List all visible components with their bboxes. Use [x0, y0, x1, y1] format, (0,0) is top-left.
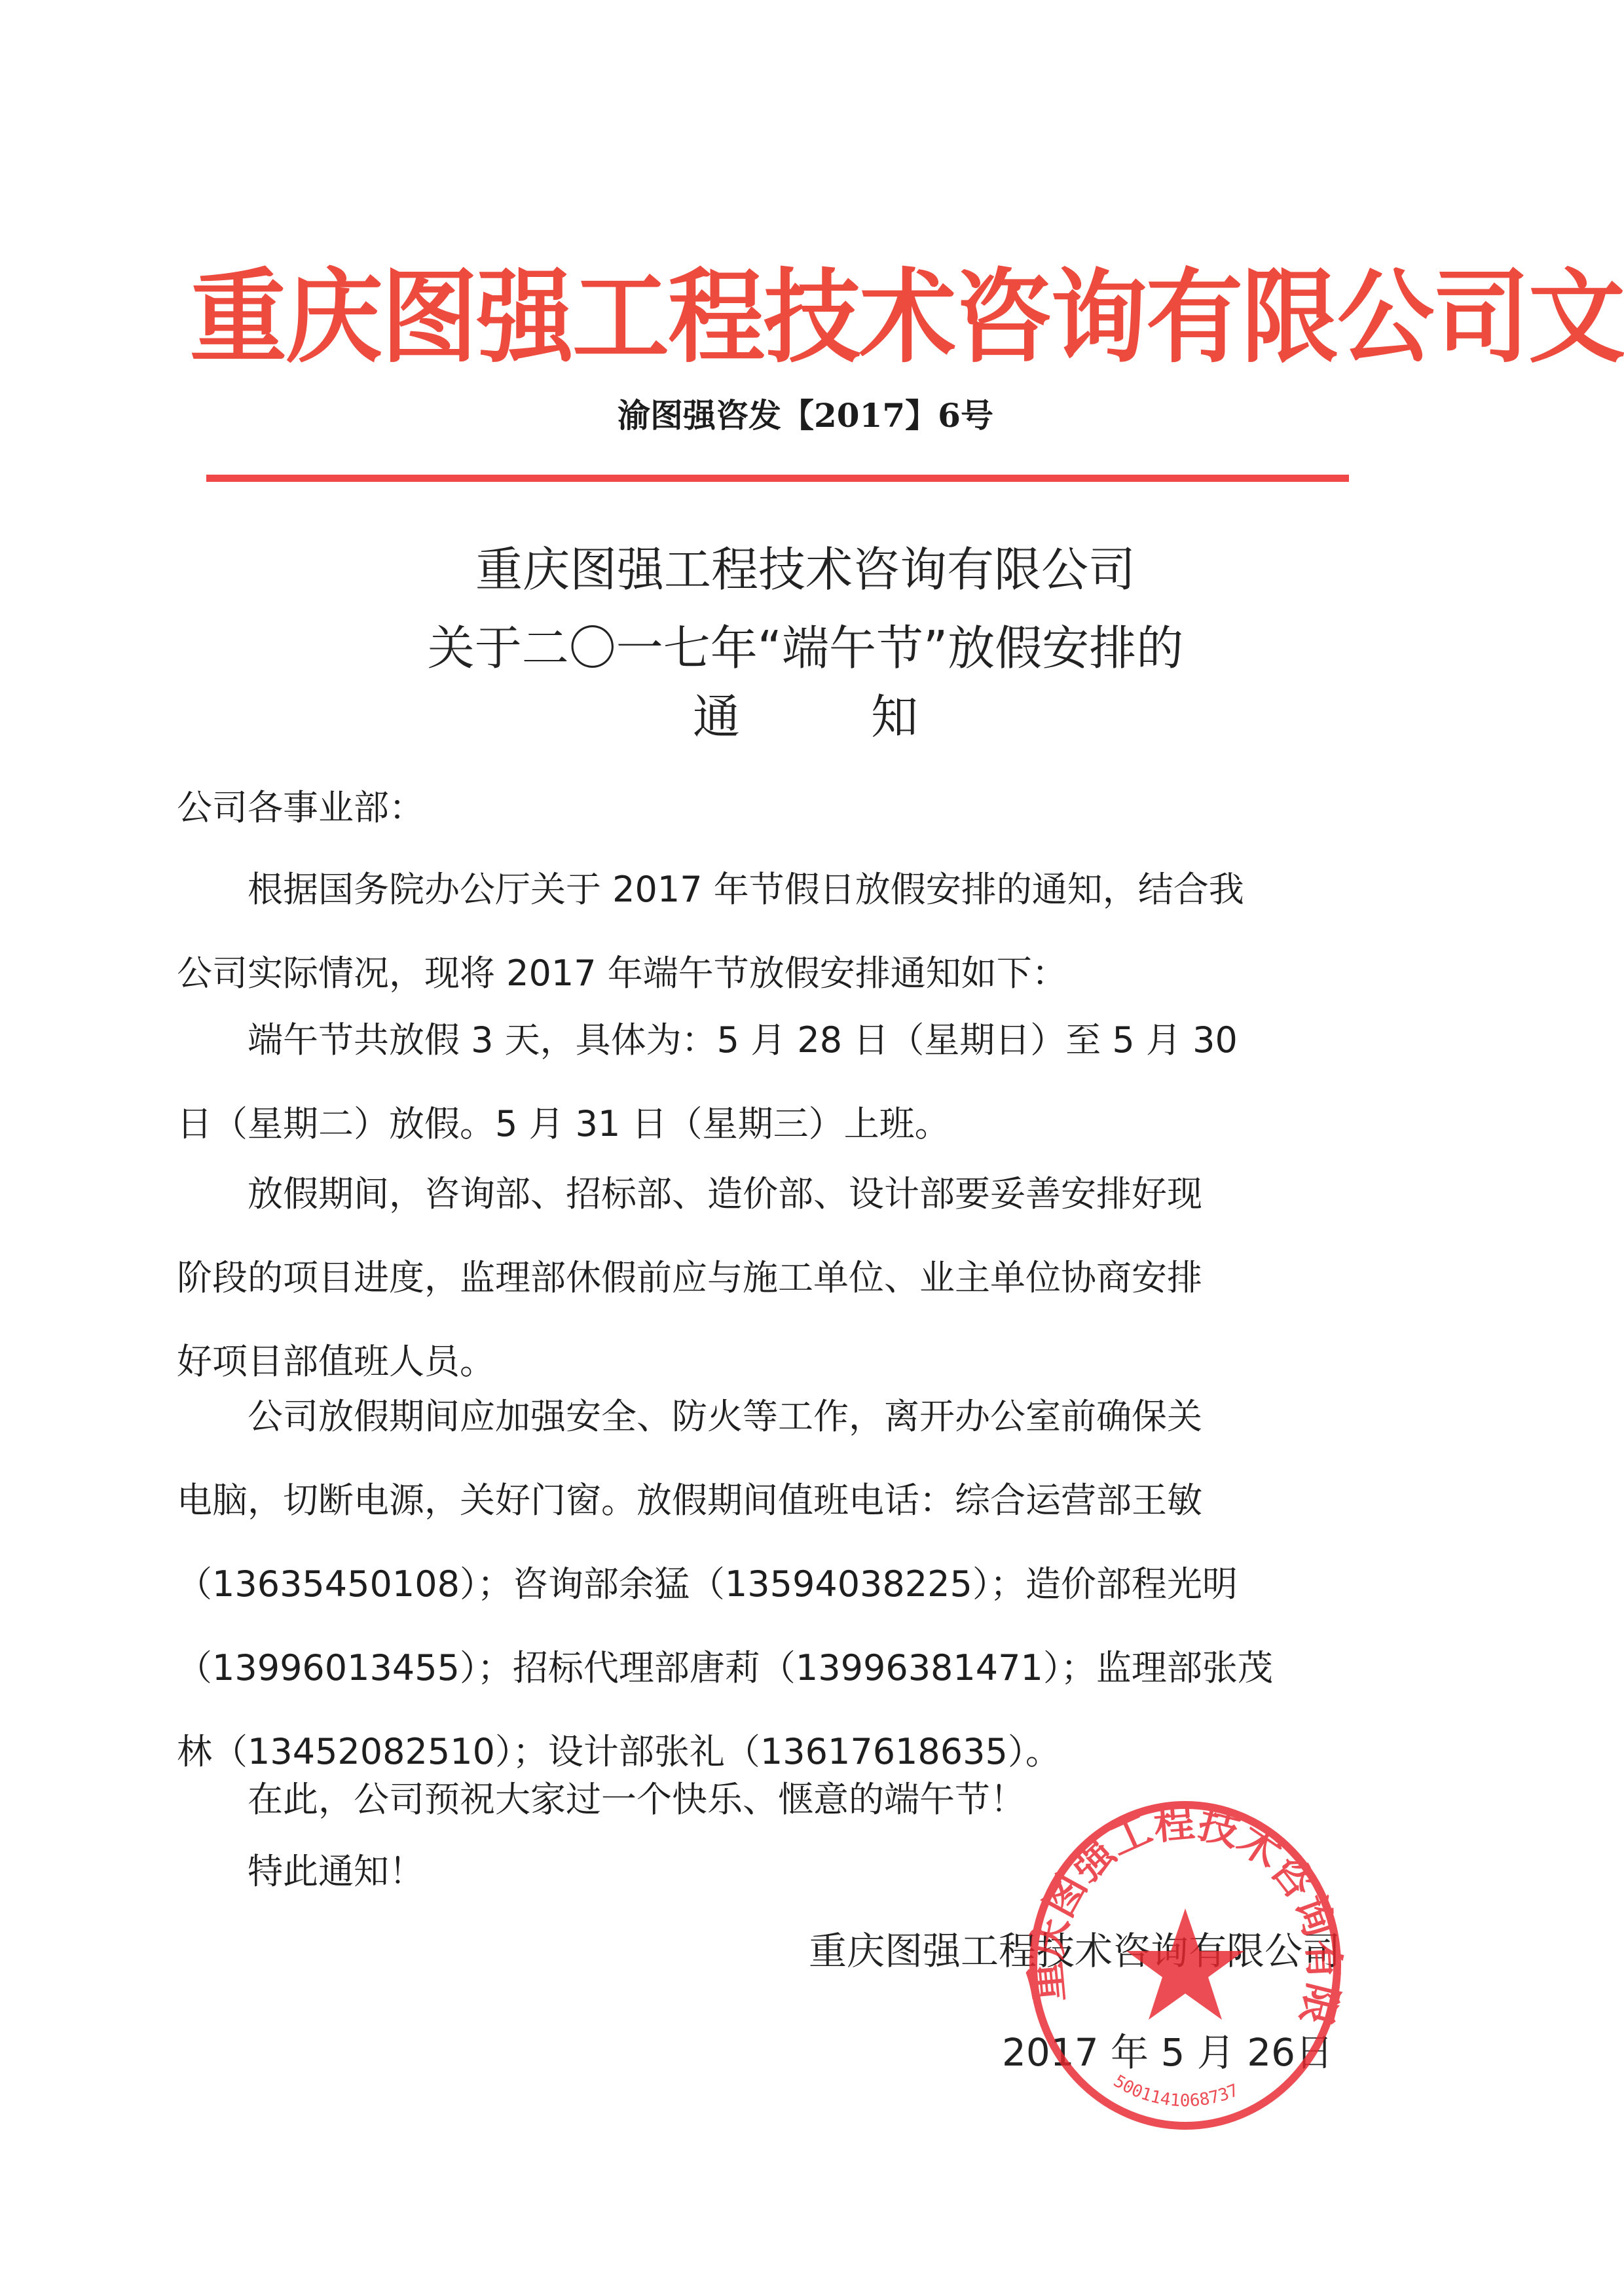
- paragraph-line: 阶段的项目进度，监理部休假前应与施工单位、业主单位协商安排: [177, 1236, 1408, 1320]
- paragraph-4-duty-phones: 公司放假期间应加强安全、防火等工作，离开办公室前确保关 电脑，切断电源，关好门窗…: [177, 1375, 1408, 1794]
- notice-title-line2: 关于二〇一七年“端午节”放假安排的: [190, 615, 1421, 681]
- seal-serial: 5001141068737: [1110, 2071, 1242, 2111]
- paragraph-3: 放假期间，咨询部、招标部、造价部、设计部要妥善安排好现 阶段的项目进度，监理部休…: [177, 1152, 1408, 1404]
- paragraph-line: （13996013455）；招标代理部唐莉（13996381471）；监理部张茂: [177, 1626, 1408, 1710]
- paragraph-line: 根据国务院办公厅关于 2017 年节假日放假安排的通知，结合我: [177, 848, 1408, 932]
- masthead-divider: [206, 475, 1349, 482]
- paragraph-line: 端午节共放假 3 天，具体为：5 月 28 日（星期日）至 5 月 30: [177, 998, 1408, 1082]
- paragraph-line: （13635450108）；咨询部余猛（13594038225）；造价部程光明: [177, 1542, 1408, 1626]
- svg-text:5001141068737: 5001141068737: [1110, 2071, 1242, 2111]
- document-number: 渝图强咨发【2017】6号: [190, 393, 1421, 439]
- paragraph-line: 公司放假期间应加强安全、防火等工作，离开办公室前确保关: [177, 1375, 1408, 1459]
- paragraph-2: 端午节共放假 3 天，具体为：5 月 28 日（星期日）至 5 月 30 日（星…: [177, 998, 1408, 1166]
- notice-title-char-2: 知: [871, 689, 918, 744]
- paragraph-line: 电脑，切断电源，关好门窗。放假期间值班电话：综合运营部王敏: [177, 1459, 1408, 1542]
- notice-title-line3: 通知: [190, 684, 1421, 750]
- paragraph-1: 根据国务院办公厅关于 2017 年节假日放假安排的通知，结合我 公司实际情况，现…: [177, 848, 1408, 1015]
- notice-title-char-1: 通: [693, 689, 740, 744]
- masthead-title: 重庆图强工程技术咨询有限公司文件: [190, 256, 1421, 380]
- company-seal-icon: 重庆图强工程技术咨询有限公司 5001141068737: [1022, 1794, 1349, 2134]
- paragraph-line: 放假期间，咨询部、招标部、造价部、设计部要妥善安排好现: [177, 1152, 1408, 1236]
- notice-title-line1: 重庆图强工程技术咨询有限公司: [190, 537, 1421, 602]
- salutation: 公司各事业部：: [177, 766, 1408, 850]
